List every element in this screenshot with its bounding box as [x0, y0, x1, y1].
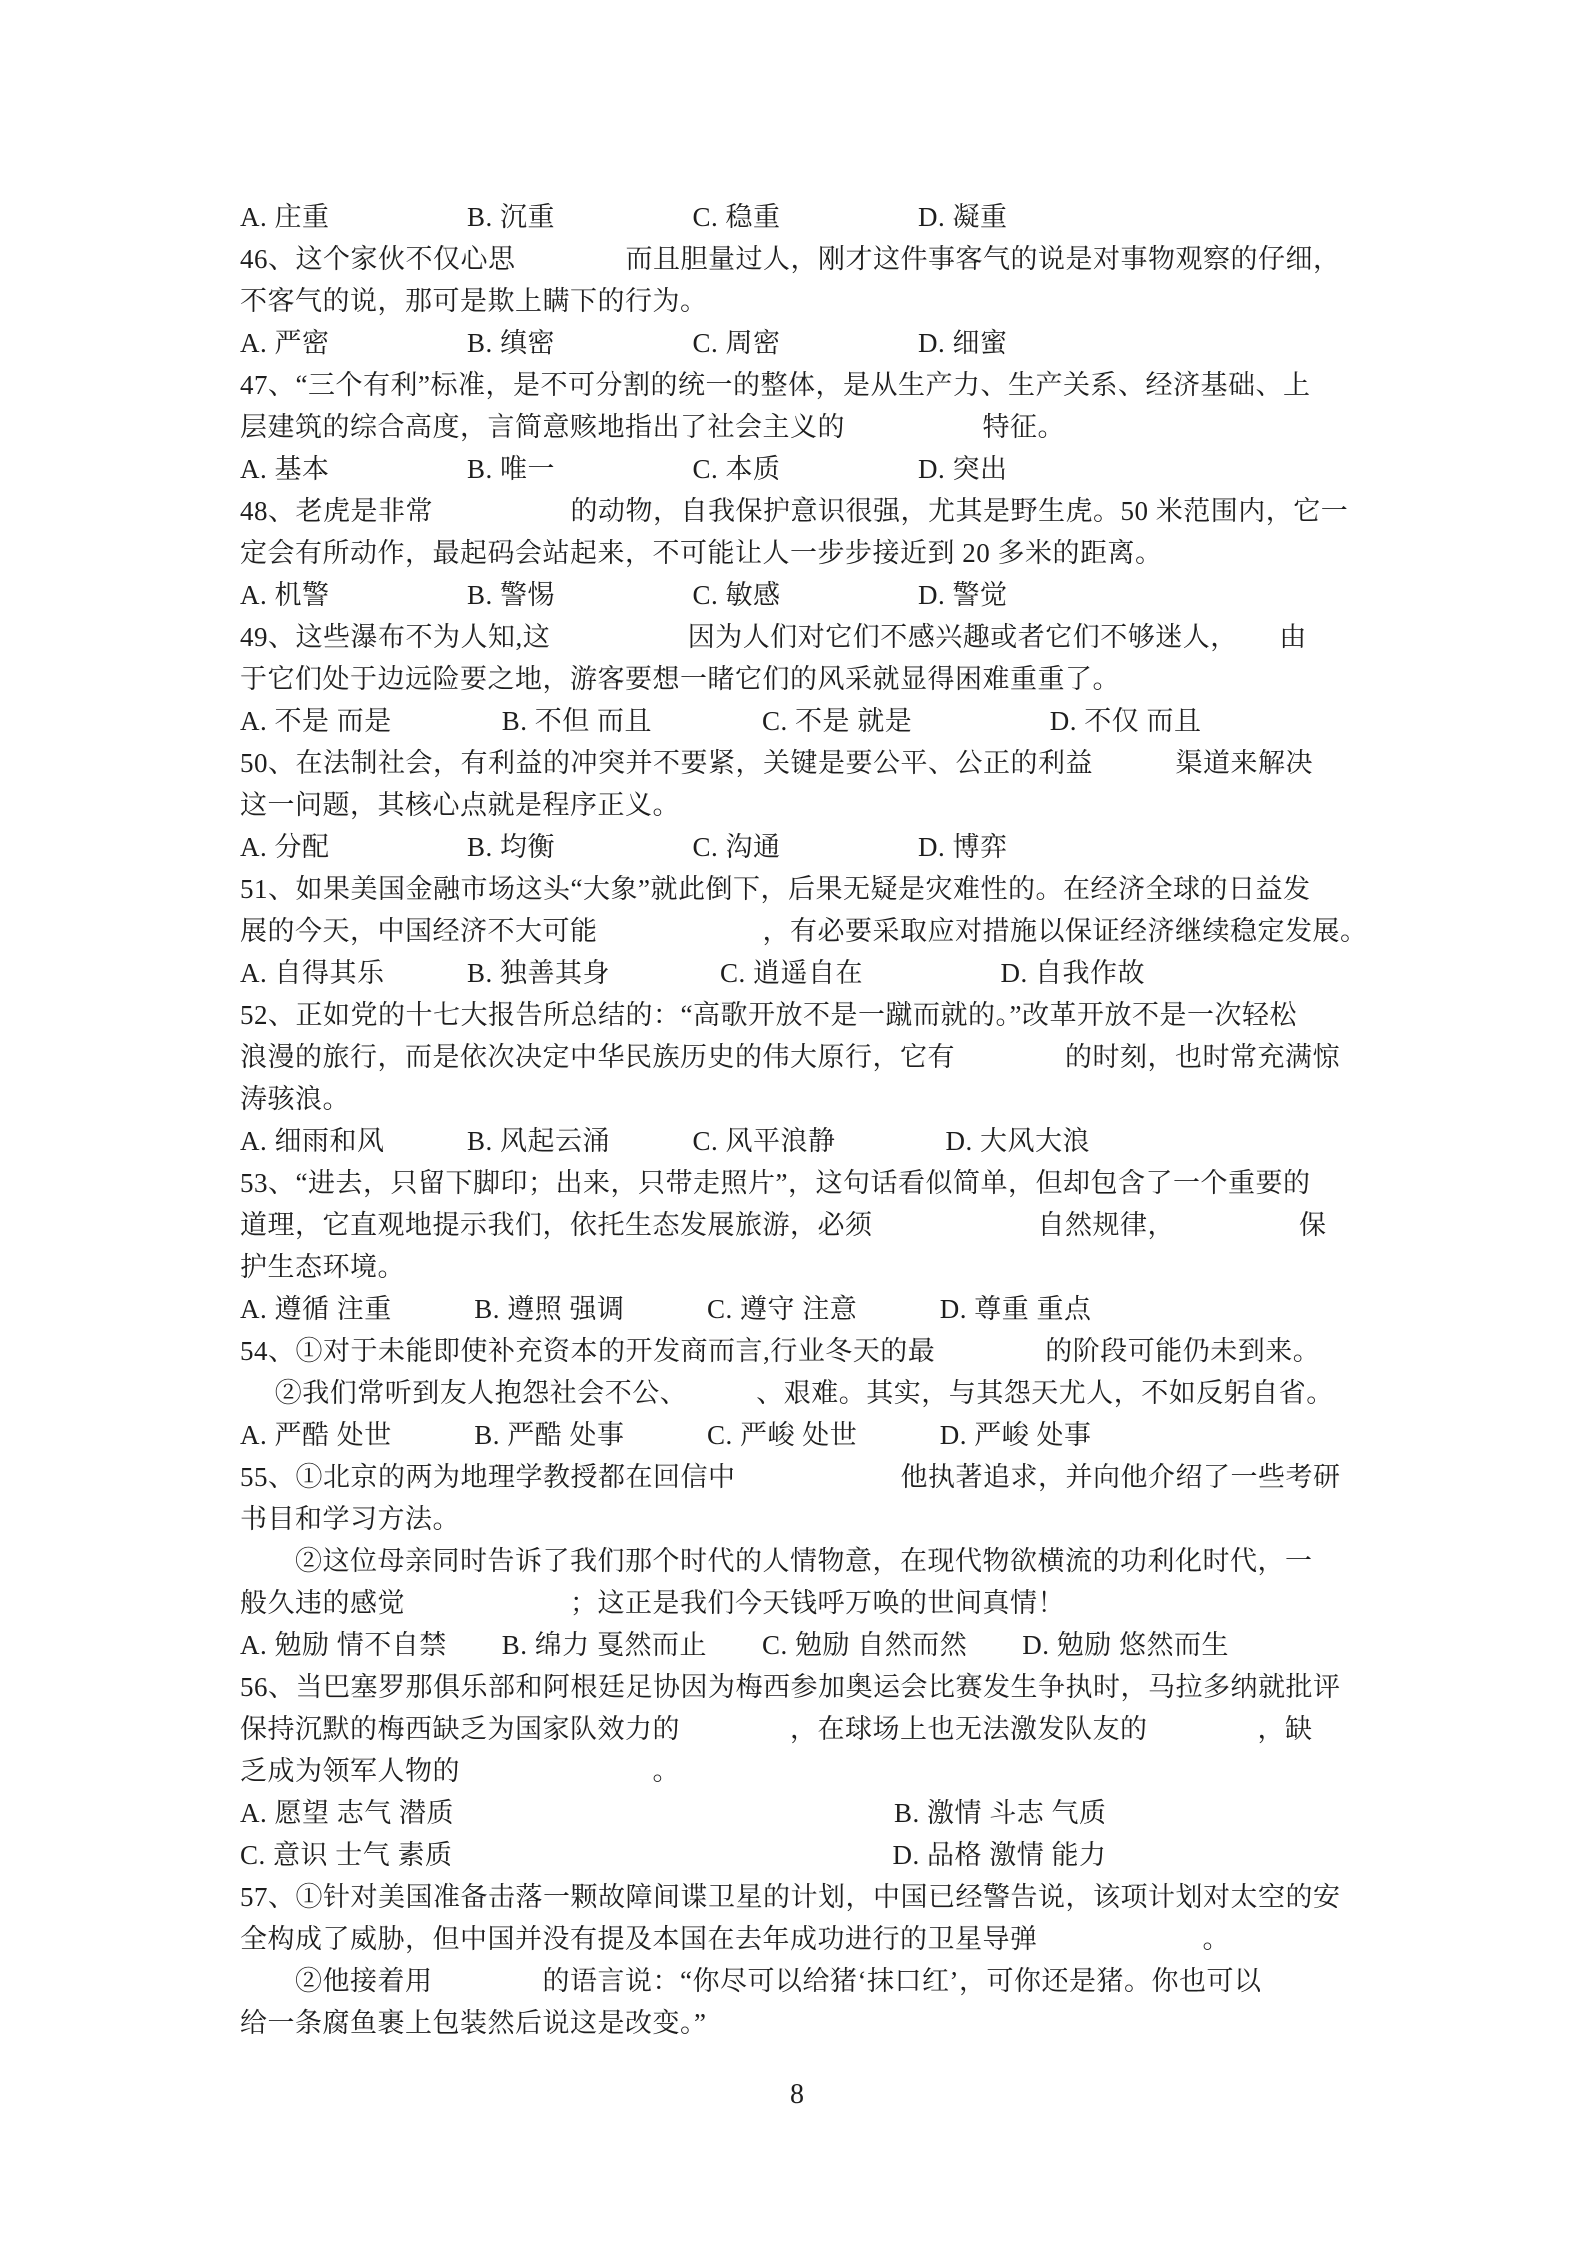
q48-text-1: 48、老虎是非常 的动物，自我保护意识很强，尤其是野生虎。50 米范围内，它一 [240, 490, 1370, 532]
q54-text-2: ②我们常听到友人抱怨社会不公、 、艰难。其实，与其怨天尤人，不如反躬自省。 [240, 1372, 1370, 1414]
q50-text-1: 50、在法制社会，有利益的冲突并不要紧，关键是要公平、公正的利益 渠道来解决 [240, 742, 1370, 784]
q53-options: A. 遵循 注重 B. 遵照 强调 C. 遵守 注意 D. 尊重 重点 [240, 1288, 1370, 1330]
q52-text-3: 涛骇浪。 [240, 1078, 1370, 1120]
q57-text-2: 全构成了威胁，但中国并没有提及本国在去年成功进行的卫星导弹 。 [240, 1918, 1370, 1960]
q49-options: A. 不是 而是 B. 不但 而且 C. 不是 就是 D. 不仅 而且 [240, 700, 1370, 742]
q55-text-1: 55、①北京的两为地理学教授都在回信中 他执著追求，并向他介绍了一些考研 [240, 1456, 1370, 1498]
q49-text-1: 49、这些瀑布不为人知,这 因为人们对它们不感兴趣或者它们不够迷人， 由 [240, 616, 1370, 658]
q52-text-1: 52、正如党的十七大报告所总结的：“高歌开放不是一蹴而就的。”改革开放不是一次轻… [240, 994, 1370, 1036]
q57-text-1: 57、①针对美国准备击落一颗故障间谍卫星的计划，中国已经警告说，该项计划对太空的… [240, 1876, 1370, 1918]
q46-text-1: 46、这个家伙不仅心思 而且胆量过人，刚才这件事客气的说是对事物观察的仔细， [240, 238, 1370, 280]
q53-text-1: 53、“进去，只留下脚印；出来，只带走照片”，这句话看似简单，但却包含了一个重要… [240, 1162, 1370, 1204]
q54-options: A. 严酷 处世 B. 严酷 处事 C. 严峻 处世 D. 严峻 处事 [240, 1414, 1370, 1456]
question-list: A. 庄重 B. 沉重 C. 稳重 D. 凝重 46、这个家伙不仅心思 而且胆量… [240, 196, 1370, 2044]
q55-text-2: 书目和学习方法。 [240, 1498, 1370, 1540]
q57-text-3: ②他接着用 的语言说：“你尽可以给猪‘抹口红’，可你还是猪。你也可以 [240, 1960, 1370, 2002]
q46-options: A. 严密 B. 缜密 C. 周密 D. 细蜜 [240, 322, 1370, 364]
exam-document-page: A. 庄重 B. 沉重 C. 稳重 D. 凝重 46、这个家伙不仅心思 而且胆量… [0, 0, 1594, 2252]
q53-text-3: 护生态环境。 [240, 1246, 1370, 1288]
q48-text-2: 定会有所动作，最起码会站起来，不可能让人一步步接近到 20 多米的距离。 [240, 532, 1370, 574]
q55-text-3: ②这位母亲同时告诉了我们那个时代的人情物意，在现代物欲横流的功利化时代，一 [240, 1540, 1370, 1582]
q57-text-4: 给一条腐鱼裹上包装然后说这是改变。” [240, 2002, 1370, 2044]
q56-options-ab: A. 愿望 志气 潜质 B. 激情 斗志 气质 [240, 1792, 1370, 1834]
q47-options: A. 基本 B. 唯一 C. 本质 D. 突出 [240, 448, 1370, 490]
q54-text-1: 54、①对于未能即使补充资本的开发商而言,行业冬天的最 的阶段可能仍未到来。 [240, 1330, 1370, 1372]
q51-options: A. 自得其乐 B. 独善其身 C. 逍遥自在 D. 自我作故 [240, 952, 1370, 994]
q51-text-1: 51、如果美国金融市场这头“大象”就此倒下，后果无疑是灾难性的。在经济全球的日益… [240, 868, 1370, 910]
q51-text-2: 展的今天，中国经济不大可能 ，有必要采取应对措施以保证经济继续稳定发展。 [240, 910, 1370, 952]
q49-text-2: 于它们处于边远险要之地，游客要想一睹它们的风采就显得困难重重了。 [240, 658, 1370, 700]
q56-text-3: 乏成为领军人物的 。 [240, 1750, 1370, 1792]
q53-text-2: 道理，它直观地提示我们，依托生态发展旅游，必须 自然规律， 保 [240, 1204, 1370, 1246]
q55-text-4: 般久违的感觉 ；这正是我们今天钱呼万唤的世间真情！ [240, 1582, 1370, 1624]
q55-options: A. 勉励 情不自禁 B. 绵力 戛然而止 C. 勉励 自然而然 D. 勉励 悠… [240, 1624, 1370, 1666]
q56-text-2: 保持沉默的梅西缺乏为国家队效力的 ，在球场上也无法激发队友的 ，缺 [240, 1708, 1370, 1750]
q52-options: A. 细雨和风 B. 风起云涌 C. 风平浪静 D. 大风大浪 [240, 1120, 1370, 1162]
q50-options: A. 分配 B. 均衡 C. 沟通 D. 博弈 [240, 826, 1370, 868]
q47-text-1: 47、“三个有利”标准，是不可分割的统一的整体，是从生产力、生产关系、经济基础、… [240, 364, 1370, 406]
q46-text-2: 不客气的说，那可是欺上瞒下的行为。 [240, 280, 1370, 322]
q47-text-2: 层建筑的综合高度，言简意赅地指出了社会主义的 特征。 [240, 406, 1370, 448]
q45-options: A. 庄重 B. 沉重 C. 稳重 D. 凝重 [240, 196, 1370, 238]
q50-text-2: 这一问题，其核心点就是程序正义。 [240, 784, 1370, 826]
q48-options: A. 机警 B. 警惕 C. 敏感 D. 警觉 [240, 574, 1370, 616]
q52-text-2: 浪漫的旅行，而是依次决定中华民族历史的伟大原行，它有 的时刻，也时常充满惊 [240, 1036, 1370, 1078]
q56-options-cd: C. 意识 士气 素质 D. 品格 激情 能力 [240, 1834, 1370, 1876]
page-number: 8 [0, 2078, 1594, 2112]
q56-text-1: 56、当巴塞罗那俱乐部和阿根廷足协因为梅西参加奥运会比赛发生争执时，马拉多纳就批… [240, 1666, 1370, 1708]
